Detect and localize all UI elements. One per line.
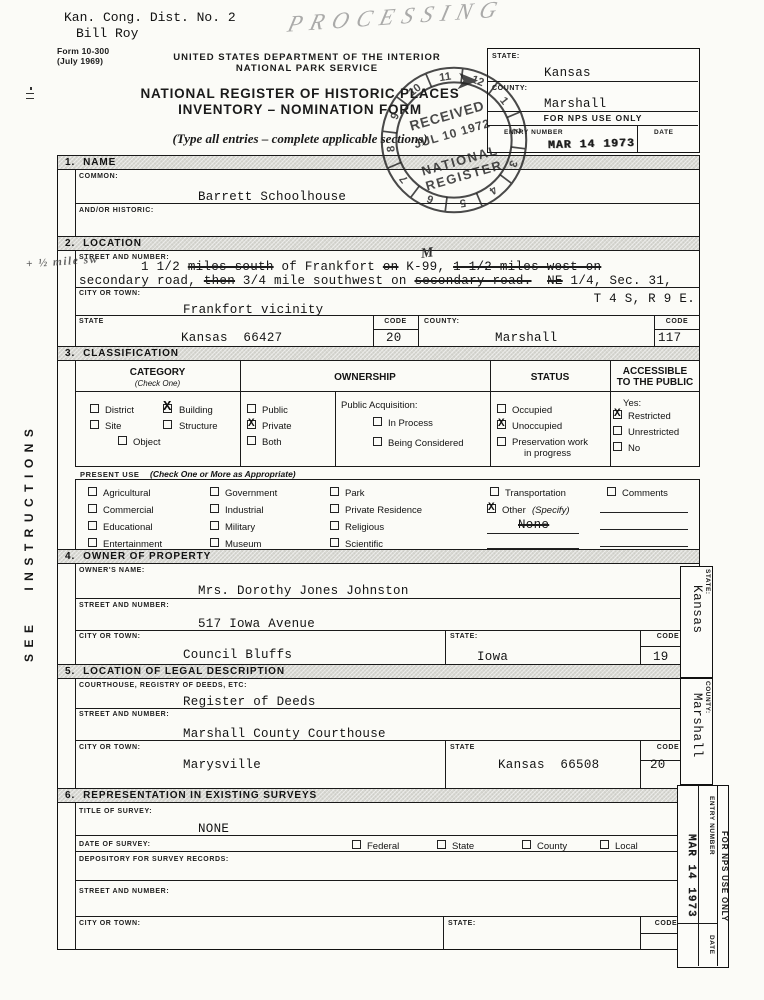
state-label: STATE: bbox=[448, 920, 476, 927]
section-title: LOCATION bbox=[83, 238, 142, 249]
checkbox-educational bbox=[88, 521, 97, 530]
courthouse-label: COURTHOUSE, REGISTRY OF DEEDS, ETC: bbox=[79, 682, 247, 689]
checkbox-label-agricultural: Agricultural bbox=[103, 488, 151, 499]
section-number: 3. bbox=[65, 347, 75, 360]
section-title: OWNER OF PROPERTY bbox=[83, 551, 211, 562]
checkbox-label-local: Local bbox=[615, 841, 638, 852]
city-value: Frankfort vicinity bbox=[183, 303, 323, 317]
county-code-value: 117 bbox=[658, 331, 681, 345]
state-code-value: 20 bbox=[386, 331, 402, 345]
state-value: Kansas bbox=[690, 569, 704, 675]
congressional-district-note: Kan. Cong. Dist. No. 2 bbox=[64, 10, 236, 25]
margin-mark bbox=[26, 93, 34, 94]
owner-name-value: Mrs. Dorothy Jones Johnston bbox=[198, 584, 409, 598]
state-value: Kansas bbox=[544, 66, 591, 80]
checkbox-label-both: Both bbox=[262, 437, 282, 448]
code-value: 20 bbox=[650, 758, 666, 772]
x-mark: X bbox=[488, 502, 495, 514]
county-label: COUNTY: bbox=[704, 681, 711, 782]
stamp-clock-number: 2 bbox=[510, 127, 523, 135]
street-value: Marshall County Courthouse bbox=[183, 727, 386, 741]
ownership-header: OWNERSHIP bbox=[240, 372, 490, 383]
checkbox-label-transportation: Transportation bbox=[505, 488, 566, 499]
x-mark: X bbox=[163, 399, 171, 415]
struck-text: secondary road. bbox=[414, 274, 531, 288]
divider bbox=[373, 329, 418, 330]
struck-text: 1 1/2 miles west on bbox=[453, 260, 601, 274]
code-label: CODE bbox=[373, 318, 418, 325]
county-value: Marshall bbox=[495, 331, 557, 345]
x-mark: X bbox=[248, 418, 255, 430]
title-of-survey-label: TITLE OF SURVEY: bbox=[79, 808, 152, 815]
category-subheader: (Check One) bbox=[75, 379, 240, 388]
checkbox-label-public: Public bbox=[262, 405, 288, 416]
city-value: Marysville bbox=[183, 758, 261, 772]
blank-line bbox=[600, 512, 688, 513]
divider bbox=[698, 786, 699, 966]
checkbox-county bbox=[522, 840, 531, 849]
common-name-value: Barrett Schoolhouse bbox=[198, 190, 346, 204]
divider bbox=[75, 708, 700, 709]
checkbox-military bbox=[210, 521, 219, 530]
date-label: DATE bbox=[654, 129, 674, 136]
accessible-yes-label: Yes: bbox=[623, 398, 641, 409]
checkbox-building-checked: X bbox=[163, 404, 172, 413]
checkbox-label-military: Military bbox=[225, 522, 255, 533]
checkbox-label-other: Other bbox=[502, 505, 526, 516]
section-number: 4. bbox=[65, 550, 75, 563]
divider bbox=[335, 391, 336, 466]
for-nps-use-only-vertical: FOR NPS USE ONLY bbox=[717, 786, 729, 966]
state-value: Kansas 66427 bbox=[181, 331, 282, 345]
checkbox-label-county: County bbox=[537, 841, 567, 852]
x-mark: X bbox=[614, 408, 621, 420]
other-specify-value-struck: None bbox=[518, 518, 549, 532]
divider bbox=[75, 630, 700, 631]
stamp-clock-number: 3 bbox=[506, 159, 519, 169]
stamp-clock-number: 6 bbox=[425, 192, 435, 205]
county-value: Marshall bbox=[544, 97, 606, 111]
struck-text: NE bbox=[547, 274, 563, 288]
section-title: NAME bbox=[83, 157, 116, 168]
checkbox-label-private: Private bbox=[262, 421, 292, 432]
checkbox-public bbox=[247, 404, 256, 413]
divider bbox=[445, 630, 446, 664]
checkbox-label-educational: Educational bbox=[103, 522, 153, 533]
divider bbox=[654, 329, 700, 330]
checkbox-label-unrestricted: Unrestricted bbox=[628, 427, 679, 438]
checkbox-commercial bbox=[88, 504, 97, 513]
section-bar-legal: 5.LOCATION OF LEGAL DESCRIPTION bbox=[57, 664, 700, 679]
nomination-form-page: Kan. Cong. Dist. No. 2 Bill Roy Form 10-… bbox=[0, 0, 764, 1000]
stamp-clock-number: 8 bbox=[385, 145, 398, 153]
checkbox-label-museum: Museum bbox=[225, 539, 261, 550]
divider bbox=[75, 916, 700, 917]
city-label: CITY OR TOWN: bbox=[79, 920, 141, 927]
congressman-name: Bill Roy bbox=[76, 26, 138, 41]
street-label: STREET AND NUMBER: bbox=[79, 888, 169, 895]
entry-number-vertical-label: ENTRY NUMBER bbox=[700, 786, 715, 930]
state-value: Kansas 66508 bbox=[498, 758, 599, 772]
accessible-header-line1: ACCESSIBLE bbox=[610, 366, 700, 377]
state-label: STATE: bbox=[704, 569, 711, 675]
public-acquisition-label: Public Acquisition: bbox=[341, 400, 418, 411]
sidebar-state-box: STATE: Kansas bbox=[680, 566, 713, 678]
text-segment bbox=[532, 274, 548, 288]
section-bar-location: 2.LOCATION bbox=[57, 236, 700, 251]
text-segment: 1/4, Sec. 31, bbox=[563, 274, 672, 288]
stamp-clock-number: 11 bbox=[439, 71, 452, 85]
checkbox-preservation bbox=[497, 437, 506, 446]
checkbox-label-in-process: In Process bbox=[388, 418, 433, 429]
city-label: CITY OR TOWN: bbox=[79, 290, 141, 297]
checkbox-being-considered bbox=[373, 437, 382, 446]
divider bbox=[445, 740, 446, 788]
state-label: STATE bbox=[79, 318, 104, 325]
checkbox-in-process bbox=[373, 417, 382, 426]
common-label: COMMON: bbox=[79, 173, 118, 180]
checkbox-label-comments: Comments bbox=[622, 488, 668, 499]
checkbox-unrestricted bbox=[613, 426, 622, 435]
checkbox-both bbox=[247, 436, 256, 445]
divider bbox=[75, 391, 700, 392]
checkbox-label-being-considered: Being Considered bbox=[388, 438, 464, 449]
checkbox-no bbox=[613, 442, 622, 451]
checkbox-label-occupied: Occupied bbox=[512, 405, 552, 416]
date-vertical-label: DATE bbox=[700, 924, 715, 966]
blank-line bbox=[600, 546, 688, 547]
section-bar-classification: 3.CLASSIFICATION bbox=[57, 346, 700, 361]
present-use-note: (Check One or More as Appropriate) bbox=[150, 469, 296, 479]
checkbox-site bbox=[90, 420, 99, 429]
received-stamp: 1 2 3 4 5 6 7 8 9 10 11 12 RECEIVED JUL … bbox=[368, 54, 540, 226]
section-number: 6. bbox=[65, 789, 75, 802]
checkbox-local bbox=[600, 840, 609, 849]
county-label: COUNTY: bbox=[424, 318, 460, 325]
divider bbox=[75, 598, 700, 599]
blank-line bbox=[487, 533, 579, 534]
checkbox-label-state: State bbox=[452, 841, 474, 852]
owner-name-label: OWNER'S NAME: bbox=[79, 567, 145, 574]
divider bbox=[418, 315, 419, 346]
date-of-survey-label: DATE OF SURVEY: bbox=[79, 841, 151, 848]
divider bbox=[75, 880, 700, 881]
stamp-clock-number: 5 bbox=[459, 196, 467, 209]
city-label: CITY OR TOWN: bbox=[79, 744, 141, 751]
checkbox-label-preservation-line1: Preservation work bbox=[512, 437, 588, 448]
code-value: 19 bbox=[653, 650, 669, 664]
checkbox-label-unoccupied: Unoccupied bbox=[512, 421, 562, 432]
x-mark: X bbox=[498, 418, 505, 430]
handwritten-scrawl: PROCESSING bbox=[285, 0, 508, 38]
checkbox-religious bbox=[330, 521, 339, 530]
checkbox-label-building: Building bbox=[179, 405, 213, 416]
checkbox-federal bbox=[352, 840, 361, 849]
checkbox-label-restricted: Restricted bbox=[628, 411, 671, 422]
sidebar-nps-box: FOR NPS USE ONLY ENTRY NUMBER DATE MAR 1… bbox=[677, 785, 729, 968]
struck-text: on bbox=[383, 260, 399, 274]
township-range-value: T 4 S, R 9 E. bbox=[540, 292, 695, 306]
checkbox-state bbox=[437, 840, 446, 849]
checkbox-label-site: Site bbox=[105, 421, 121, 432]
checkbox-label-government: Government bbox=[225, 488, 277, 499]
checkbox-label-religious: Religious bbox=[345, 522, 384, 533]
checkbox-scientific bbox=[330, 538, 339, 547]
checkbox-label-private-residence: Private Residence bbox=[345, 505, 422, 516]
see-instructions-vertical-label: SEE INSTRUCTIONS bbox=[22, 332, 36, 662]
checkbox-district bbox=[90, 404, 99, 413]
historic-label: AND/OR HISTORIC: bbox=[79, 207, 154, 214]
checkbox-private-checked: X bbox=[247, 420, 256, 429]
state-label: STATE: bbox=[450, 633, 478, 640]
checkbox-occupied bbox=[497, 404, 506, 413]
street-label: STREET AND NUMBER: bbox=[79, 711, 169, 718]
handwritten-correction: M bbox=[420, 245, 435, 263]
struck-text: then bbox=[204, 274, 235, 288]
checkbox-industrial bbox=[210, 504, 219, 513]
checkbox-structure bbox=[163, 420, 172, 429]
text-segment: of Frankfort bbox=[274, 260, 383, 274]
checkbox-label-district: District bbox=[105, 405, 134, 416]
city-label: CITY OR TOWN: bbox=[79, 633, 141, 640]
courthouse-value: Register of Deeds bbox=[183, 695, 316, 709]
present-use-label: PRESENT USE bbox=[80, 470, 140, 479]
checkbox-other-checked: X bbox=[487, 504, 496, 513]
checkbox-museum bbox=[210, 538, 219, 547]
checkbox-entertainment bbox=[88, 538, 97, 547]
checkbox-object bbox=[118, 436, 127, 445]
code-label: CODE bbox=[654, 318, 700, 325]
text-segment: 1 1/2 bbox=[141, 260, 188, 274]
checkbox-label-object: Object bbox=[133, 437, 160, 448]
blank-line bbox=[600, 529, 688, 530]
checkbox-transportation bbox=[490, 487, 499, 496]
margin-mark bbox=[30, 87, 32, 90]
checkbox-label-structure: Structure bbox=[179, 421, 218, 432]
title-of-survey-value: NONE bbox=[198, 822, 229, 836]
checkbox-label-industrial: Industrial bbox=[225, 505, 264, 516]
section-title: REPRESENTATION IN EXISTING SURVEYS bbox=[83, 790, 317, 801]
checkbox-label-park: Park bbox=[345, 488, 365, 499]
other-specify-label: (Specify) bbox=[532, 505, 569, 516]
checkbox-label-scientific: Scientific bbox=[345, 539, 383, 550]
section-number: 2. bbox=[65, 237, 75, 250]
street-label: STREET AND NUMBER: bbox=[79, 602, 169, 609]
section-number: 1. bbox=[65, 156, 75, 169]
checkbox-label-federal: Federal bbox=[367, 841, 399, 852]
divider bbox=[443, 916, 444, 950]
state-label: STATE bbox=[450, 744, 475, 751]
street-value-line2: secondary road, then 3/4 mile southwest … bbox=[79, 274, 672, 288]
checkbox-comments bbox=[607, 487, 616, 496]
county-value: Marshall bbox=[690, 681, 704, 782]
depository-label: DEPOSITORY FOR SURVEY RECORDS: bbox=[79, 856, 229, 863]
sidebar-county-box: COUNTY: Marshall bbox=[680, 678, 713, 785]
section-title: LOCATION OF LEGAL DESCRIPTION bbox=[83, 666, 285, 677]
street-value-line1: 1 1/2 miles south of Frankfort on K-99, … bbox=[141, 260, 601, 274]
date-received-stamp: MAR 14 1973 bbox=[548, 137, 635, 152]
text-segment: secondary road, bbox=[79, 274, 204, 288]
blank-line bbox=[487, 548, 579, 549]
checkbox-private-residence bbox=[330, 504, 339, 513]
checkbox-agricultural bbox=[88, 487, 97, 496]
checkbox-label-preservation-line2: in progress bbox=[524, 448, 571, 459]
checkbox-label-entertainment: Entertainment bbox=[103, 539, 162, 550]
state-value: Iowa bbox=[477, 650, 508, 664]
struck-text: miles south bbox=[188, 260, 274, 274]
stamp-clock-number: 9 bbox=[389, 111, 402, 121]
divider bbox=[75, 835, 700, 836]
divider bbox=[637, 125, 638, 152]
divider bbox=[75, 740, 700, 741]
checkbox-label-no: No bbox=[628, 443, 640, 454]
status-header: STATUS bbox=[490, 372, 610, 383]
margin-mark bbox=[26, 98, 34, 99]
section-bar-surveys: 6.REPRESENTATION IN EXISTING SURVEYS bbox=[57, 788, 700, 803]
checkbox-unoccupied-checked: X bbox=[497, 420, 506, 429]
text-segment: 3/4 mile southwest on bbox=[235, 274, 414, 288]
divider bbox=[75, 315, 700, 316]
section-bar-owner: 4.OWNER OF PROPERTY bbox=[57, 549, 700, 564]
city-value: Council Bluffs bbox=[183, 648, 292, 662]
accessible-header-line2: TO THE PUBLIC bbox=[610, 377, 700, 388]
checkbox-park bbox=[330, 487, 339, 496]
section-number: 5. bbox=[65, 665, 75, 678]
checkbox-government bbox=[210, 487, 219, 496]
divider bbox=[678, 923, 717, 924]
section-title: CLASSIFICATION bbox=[83, 348, 179, 359]
category-header: CATEGORY bbox=[75, 367, 240, 378]
checkbox-restricted-checked: X bbox=[613, 410, 622, 419]
checkbox-label-commercial: Commercial bbox=[103, 505, 154, 516]
street-value: 517 Iowa Avenue bbox=[198, 617, 315, 631]
date-received-stamp-vertical: MAR 14 1973 bbox=[680, 834, 697, 934]
